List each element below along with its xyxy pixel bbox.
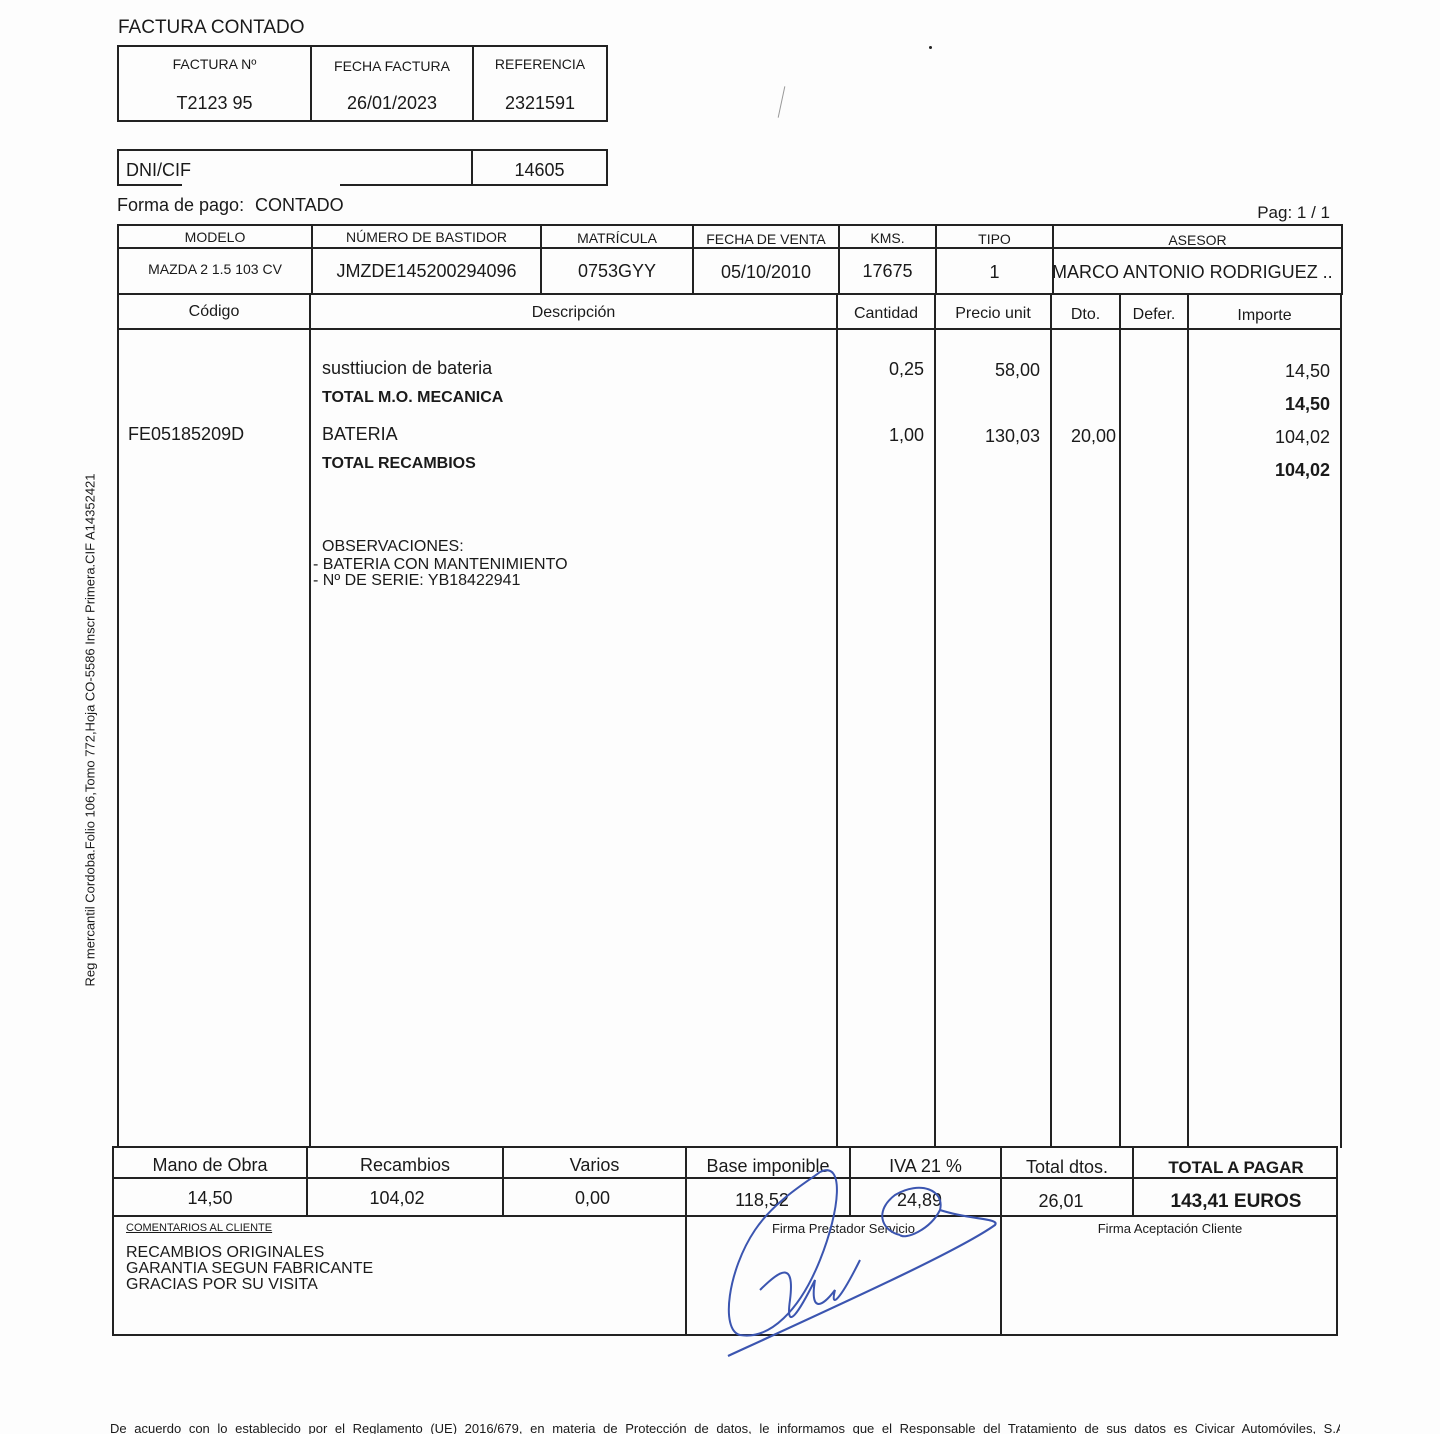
referencia-value: 2321591 — [474, 93, 606, 114]
divider — [934, 293, 936, 1148]
total-pagar-value: 143,41 EUROS — [1134, 1191, 1338, 1213]
row-descripcion: BATERIA — [322, 424, 398, 445]
registry-side-text: Reg mercantil Cordoba.Folio 106,Tomo 772… — [83, 473, 98, 986]
divider — [1340, 293, 1342, 1148]
divider — [309, 293, 311, 1148]
row-precio-unit: 130,03 — [985, 426, 1040, 447]
stray-mark — [778, 86, 786, 118]
divider — [117, 149, 119, 186]
factura-no-label: FACTURA Nº — [119, 56, 310, 72]
kms-header: KMS. — [840, 230, 935, 246]
row-importe: 104,02 — [1275, 460, 1330, 481]
row-cantidad: 1,00 — [889, 425, 924, 446]
descripcion-header: Descripción — [311, 304, 836, 322]
referencia-label: REFERENCIA — [474, 56, 606, 72]
firma-cliente-label: Firma Aceptación Cliente — [1002, 1221, 1338, 1236]
divider — [606, 149, 608, 186]
modelo-header: MODELO — [119, 229, 311, 245]
asesor-value: MARCO ANTONIO RODRIGUEZ .. — [1052, 262, 1333, 283]
footer-privacy-text: De acuerdo con lo establecido por el Reg… — [110, 1421, 1340, 1434]
asesor-header: ASESOR — [1054, 232, 1341, 248]
divider — [1119, 293, 1121, 1148]
precio-unit-header: Precio unit — [936, 305, 1050, 323]
row-importe: 14,50 — [1285, 361, 1330, 382]
modelo-value: MAZDA 2 1.5 103 CV — [119, 261, 311, 277]
cantidad-header: Cantidad — [838, 305, 934, 323]
row-importe: 14,50 — [1285, 394, 1330, 415]
dni-cif-value: 14605 — [473, 160, 606, 181]
divider — [1187, 293, 1189, 1148]
codigo-header: Código — [119, 303, 309, 321]
comment-line: GRACIAS POR SU VISITA — [126, 1276, 318, 1294]
stray-mark — [929, 46, 932, 49]
kms-value: 17675 — [840, 261, 935, 282]
observaciones-title: OBSERVACIONES: — [322, 538, 464, 556]
page-indicator: Pag: 1 / 1 — [1257, 203, 1330, 223]
factura-no-value: T2123 95 — [119, 93, 310, 114]
row-precio-unit: 58,00 — [995, 360, 1040, 381]
fecha-venta-header: FECHA DE VENTA — [694, 231, 838, 247]
dni-cif-label: DNI/CIF — [126, 160, 191, 181]
mano-obra-label: Mano de Obra — [114, 1155, 306, 1176]
payment-label: Forma de pago: — [117, 195, 244, 216]
divider — [836, 293, 838, 1148]
divider — [117, 328, 1342, 330]
row-descripcion: TOTAL RECAMBIOS — [322, 455, 476, 473]
bastidor-header: NÚMERO DE BASTIDOR — [313, 229, 540, 245]
row-descripcion: susttiucion de bateria — [322, 358, 492, 379]
divider — [117, 293, 119, 1148]
row-codigo: FE05185209D — [128, 424, 244, 445]
row-importe: 104,02 — [1275, 427, 1330, 448]
divider — [1050, 293, 1052, 1148]
row-cantidad: 0,25 — [889, 359, 924, 380]
divider — [117, 149, 608, 151]
varios-label: Varios — [504, 1155, 685, 1176]
recambios-value: 104,02 — [300, 1188, 494, 1209]
mano-obra-value: 14,50 — [114, 1188, 306, 1209]
varios-value: 0,00 — [502, 1188, 683, 1209]
matricula-value: 0753GYY — [542, 261, 692, 282]
comments-title: COMENTARIOS AL CLIENTE — [126, 1222, 272, 1234]
bastidor-value: JMZDE145200294096 — [313, 261, 540, 282]
row-dto: 20,00 — [1071, 426, 1116, 447]
signature-drawing — [700, 1150, 1020, 1370]
fecha-factura-value: 26/01/2023 — [312, 93, 472, 114]
tipo-value: 1 — [937, 262, 1052, 283]
defer-header: Defer. — [1121, 306, 1187, 324]
total-dtos-label: Total dtos. — [1002, 1157, 1132, 1178]
divider — [117, 184, 182, 186]
fecha-venta-value: 05/10/2010 — [694, 262, 838, 283]
divider — [340, 184, 608, 186]
row-descripcion: TOTAL M.O. MECANICA — [322, 389, 503, 407]
matricula-header: MATRÍCULA — [542, 230, 692, 246]
recambios-label: Recambios — [308, 1155, 502, 1176]
dto-header: Dto. — [1052, 306, 1119, 324]
document-title: FACTURA CONTADO — [118, 17, 305, 39]
observaciones-line: - Nº DE SERIE: YB18422941 — [313, 572, 520, 590]
total-pagar-label: TOTAL A PAGAR — [1134, 1158, 1338, 1178]
tipo-header: TIPO — [937, 231, 1052, 247]
payment-value: CONTADO — [255, 195, 344, 216]
fecha-factura-label: FECHA FACTURA — [312, 58, 472, 74]
importe-header: Importe — [1189, 307, 1340, 325]
